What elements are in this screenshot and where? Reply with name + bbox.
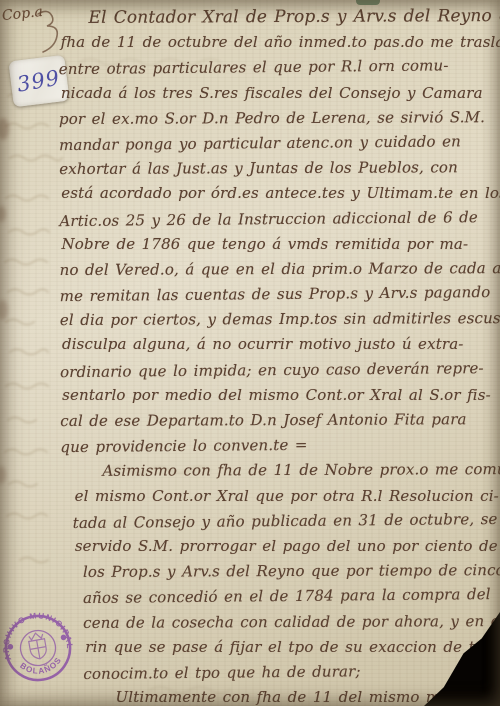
manuscript-line: entre otras particulares el que por R.l … xyxy=(59,53,500,82)
manuscript-line: ordinario que lo impida; en cuyo caso de… xyxy=(60,355,500,384)
manuscript-line: exhortar á las Just.as y Juntas de los P… xyxy=(59,155,500,182)
edge-smudge xyxy=(0,206,6,222)
edge-smudge xyxy=(0,300,8,320)
manuscript-line: rin que se pase á fijar el tpo de su exa… xyxy=(85,635,500,660)
manuscript-text: El Contador Xral de Prop.s y Arv.s del R… xyxy=(58,4,500,706)
manuscript-line: fha de 11 de octubre del año inmed.to pa… xyxy=(61,30,500,55)
manuscript-line: por el ex.mo S.or D.n Pedro de Lerena, s… xyxy=(59,105,500,132)
edge-smudge xyxy=(0,466,6,484)
manuscript-line: no del Vered.o, á que en el dia prim.o M… xyxy=(60,256,500,283)
svg-text:ARCHIVO MUNICIPAL: ARCHIVO MUNICIPAL xyxy=(0,606,75,662)
catalog-number: 399 xyxy=(16,65,63,96)
manuscript-line: disculpa alguna, á no ocurrir motivo jus… xyxy=(62,332,500,357)
manuscript-line: está acordado por órd.es antece.tes y Ul… xyxy=(61,181,500,206)
manuscript-line: El Contador Xral de Prop.s y Arv.s del R… xyxy=(58,4,500,31)
manuscript-line: Asimismo con fha de 11 de Nobre prox.o m… xyxy=(72,457,500,484)
manuscript-line: el dia por ciertos, y demas Imp.tos sin … xyxy=(60,306,500,333)
manuscript-line: servido S.M. prorrogar el pago del uno p… xyxy=(75,534,500,559)
manuscript-line: sentarlo por medio del mismo Cont.or Xra… xyxy=(62,383,500,408)
manuscript-line: el mismo Cont.or Xral que por otra R.l R… xyxy=(75,484,500,509)
archive-stamp: ARCHIVO MUNICIPAL BOLAÑOS xyxy=(0,599,87,697)
manuscript-line: nicada á los tres S.res fiscales del Con… xyxy=(61,81,500,106)
manuscript-line: cal de ese Departam.to D.n Josef Antonio… xyxy=(60,407,500,434)
manuscript-line: tada al Consejo y año publicada en 31 de… xyxy=(73,507,500,536)
manuscript-line: cena de la cosecha con calidad de por ah… xyxy=(83,609,500,636)
edge-smudge xyxy=(0,118,9,140)
stamp-arc-top-text: ARCHIVO MUNICIPAL xyxy=(0,606,75,662)
manuscript-line: los Prop.s y Arv.s del Reyno que por tie… xyxy=(83,558,500,585)
manuscript-line: conocim.to el tpo que ha de durar; xyxy=(83,658,500,687)
manuscript-line: Nobre de 1786 que tengo á vmds remitida … xyxy=(62,232,500,257)
manuscript-line: años se concedió en el de 1784 para la c… xyxy=(83,582,500,611)
manuscript-line: mandar ponga yo particular atenc.on y cu… xyxy=(59,129,500,158)
manuscript-page: Cop.a 399 El Contador Xral de Prop.s y A… xyxy=(0,0,500,706)
manuscript-line: me remitan las cuentas de sus Prop.s y A… xyxy=(60,280,500,309)
stamp-crest-icon xyxy=(28,632,48,660)
manuscript-line: Artic.os 25 y 26 de la Instruccion adicc… xyxy=(59,204,500,233)
manuscript-line: que providencie lo conven.te = xyxy=(60,431,500,460)
